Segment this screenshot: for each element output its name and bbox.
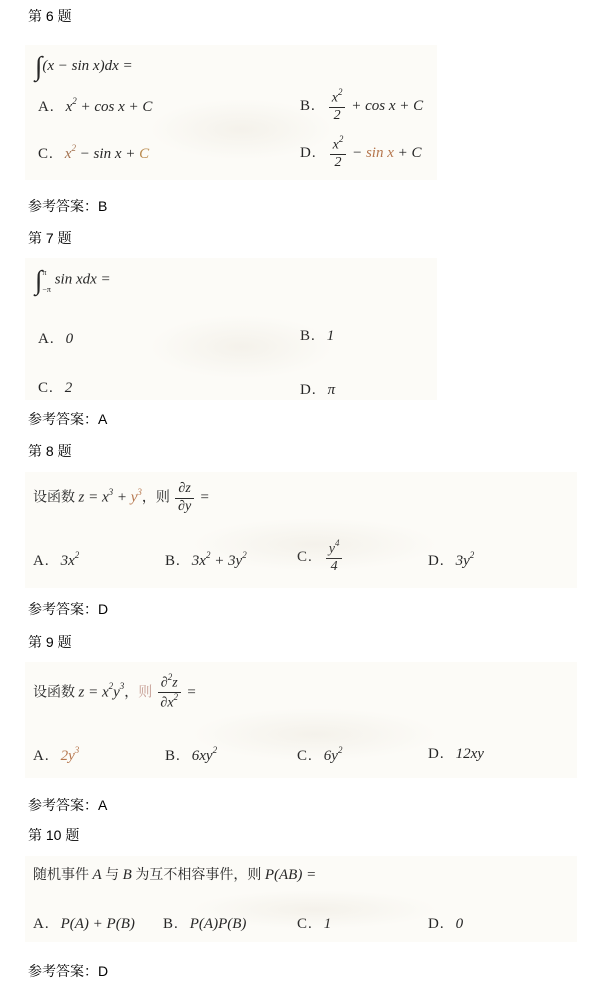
option-label: A.: [38, 331, 55, 347]
math-run: P(A)P(B): [190, 916, 247, 932]
option-label: C.: [38, 146, 54, 162]
math-run: + cos x + C: [347, 98, 423, 114]
option-label: D.: [300, 145, 317, 161]
fraction: x22: [330, 136, 347, 171]
question-9-option-d: D.12xy: [428, 746, 484, 763]
math-run: 3y: [456, 553, 470, 569]
option-math: 3x2 + 3y2: [192, 553, 247, 569]
option-math: x22 − sin x + C: [328, 145, 422, 161]
math-run: sin xdx =: [51, 271, 111, 287]
option-label: D.: [428, 746, 445, 762]
question-7-option-d: D.π: [300, 382, 335, 399]
math-run: − sin x +: [76, 146, 139, 162]
math-run: ∂z: [178, 481, 190, 496]
question-7-option-b: B.1: [300, 328, 334, 345]
superscript: 2: [72, 96, 77, 106]
question-8-option-d: D.3y2: [428, 551, 474, 570]
math-run: 设函数: [33, 685, 79, 700]
question-6-option-c: C.x2 − sin x + C: [38, 144, 149, 163]
option-math: 6xy2: [192, 748, 217, 764]
fraction: x22: [329, 89, 346, 124]
option-label: D.: [428, 916, 445, 932]
option-math: x22 + cos x + C: [327, 98, 423, 114]
question-9-option-b: B.6xy2: [165, 746, 217, 765]
superscript: 2: [174, 692, 179, 702]
option-label: A.: [33, 916, 50, 932]
integral: ∫π−π: [35, 266, 51, 294]
math-run: 随机事件: [33, 868, 93, 883]
question-9-title: 第 9 题: [28, 634, 72, 651]
option-math: P(A)P(B): [190, 916, 247, 932]
question-9-option-c: C.6y2: [297, 746, 342, 765]
answer-letter: B: [98, 198, 107, 214]
option-math: 12xy: [456, 746, 484, 762]
math-run: 6y: [324, 748, 338, 764]
answer-prefix: 参考答案：: [28, 411, 98, 427]
question-10-title: 第 10 题: [28, 827, 79, 844]
option-label: C.: [38, 380, 54, 396]
option-math: 1: [324, 916, 332, 932]
math-run: 则: [138, 685, 156, 700]
fraction: ∂z∂y: [175, 482, 193, 514]
math-run: 设函数: [33, 491, 79, 506]
math-run: + C: [394, 145, 422, 161]
math-run: 6xy: [192, 748, 213, 764]
math-run: 3x: [61, 553, 75, 569]
math-run: 12xy: [456, 746, 484, 762]
option-label: D.: [300, 382, 317, 398]
option-label: C.: [297, 748, 313, 764]
superscript: 3: [137, 487, 142, 497]
math-run: sin x: [366, 145, 394, 161]
math-run: y: [113, 684, 120, 700]
option-math: x2 − sin x + C: [65, 146, 149, 162]
exam-page: { "page": { "answer_prefix": "参考答案：", "b…: [0, 0, 598, 987]
math-run: (x − sin x)dx =: [42, 58, 132, 74]
math-run: 与: [102, 868, 123, 883]
question-8-option-a: A.3x2: [33, 551, 79, 570]
math-run: ∂: [161, 676, 168, 691]
question-8-title: 第 8 题: [28, 443, 72, 460]
math-run: + cos x + C: [77, 99, 153, 115]
question-7-option-a: A.0: [38, 331, 73, 348]
superscript: 2: [206, 550, 211, 560]
math-run: 2: [65, 380, 73, 396]
answer-letter: A: [98, 797, 107, 813]
superscript: 2: [71, 143, 76, 153]
math-run: 2y: [61, 748, 75, 764]
option-math: 1: [327, 328, 335, 344]
answer-prefix: 参考答案：: [28, 601, 98, 617]
math-run: 为互不相容事件，则: [132, 868, 265, 883]
superscript: 2: [339, 134, 344, 144]
option-label: C.: [297, 549, 313, 565]
question-10-option-d: D.0: [428, 916, 463, 933]
question-8-answer: 参考答案：D: [28, 601, 108, 618]
question-6-option-b: B.x22 + cos x + C: [300, 89, 423, 124]
superscript: 2: [242, 550, 247, 560]
math-run: =: [183, 684, 197, 700]
math-run: =: [196, 490, 210, 506]
math-run: −: [348, 145, 366, 161]
answer-letter: D: [98, 963, 108, 979]
math-run: B: [123, 867, 132, 883]
question-10-option-b: B.P(A)P(B): [163, 916, 246, 933]
integral-bounds: π−π: [42, 266, 51, 294]
math-run: ∂y: [178, 499, 191, 514]
option-math: 3y2: [456, 553, 475, 569]
math-run: P(AB) =: [265, 867, 316, 883]
question-10-stem: 随机事件 A 与 B 为互不相容事件，则 P(AB) =: [33, 864, 316, 884]
option-math: 2y3: [61, 748, 80, 764]
option-label: B.: [300, 328, 316, 344]
question-7-body: ∫π−π sin xdx = A.0 B.1 C.2 D.π: [25, 258, 437, 400]
math-run: +: [113, 490, 131, 506]
question-9-body: 设函数 z = x2y3，则 ∂2z∂x2 = A.2y3 B.6xy2 C.6…: [25, 662, 577, 778]
question-6-body: ∫(x − sin x)dx = A.x2 + cos x + C B.x22 …: [25, 45, 437, 180]
math-run: ，则: [142, 491, 174, 506]
question-8-option-b: B.3x2 + 3y2: [165, 551, 247, 570]
option-math: 6y2: [324, 748, 343, 764]
question-10-answer: 参考答案：D: [28, 963, 108, 980]
option-label: C.: [297, 916, 313, 932]
math-run: z: [172, 676, 177, 691]
question-6-option-a: A.x2 + cos x + C: [38, 97, 152, 116]
math-run: A: [93, 867, 102, 883]
question-7-title: 第 7 题: [28, 230, 72, 247]
math-run: 2: [334, 155, 341, 170]
question-7-stem: ∫π−π sin xdx =: [35, 266, 111, 294]
math-run: x: [333, 138, 339, 153]
question-7-answer: 参考答案：A: [28, 411, 107, 428]
math-run: 1: [327, 328, 335, 344]
math-run: z = x: [79, 684, 109, 700]
superscript: 2: [338, 745, 343, 755]
question-6-title: 第 6 题: [28, 8, 72, 25]
question-7-option-c: C.2: [38, 380, 72, 397]
superscript: 3: [75, 745, 80, 755]
question-9-stem: 设函数 z = x2y3，则 ∂2z∂x2 =: [33, 674, 197, 712]
option-label: B.: [300, 98, 316, 114]
math-run: 2: [334, 108, 341, 123]
question-6-option-d: D.x22 − sin x + C: [300, 136, 422, 171]
math-run: ，: [124, 685, 138, 700]
math-run: 0: [66, 331, 74, 347]
option-label: B.: [165, 553, 181, 569]
option-math: P(A) + P(B): [61, 916, 135, 932]
option-label: A.: [38, 99, 55, 115]
superscript: 2: [109, 681, 114, 691]
superscript: 2: [168, 672, 173, 682]
answer-letter: A: [98, 411, 107, 427]
option-label: B.: [165, 748, 181, 764]
math-run: 3x: [192, 553, 206, 569]
option-label: B.: [163, 916, 179, 932]
math-run: + 3y: [210, 553, 242, 569]
math-run: ∂x: [160, 696, 173, 711]
question-8-body: 设函数 z = x3 + y3，则 ∂z∂y = A.3x2 B.3x2 + 3…: [25, 472, 577, 588]
question-8-stem: 设函数 z = x3 + y3，则 ∂z∂y =: [33, 482, 210, 514]
question-10-body: 随机事件 A 与 B 为互不相容事件，则 P(AB) = A.P(A) + P(…: [25, 856, 577, 942]
math-run: 0: [456, 916, 464, 932]
superscript: 2: [338, 87, 343, 97]
answer-letter: D: [98, 601, 108, 617]
math-run: C: [139, 146, 149, 162]
fraction: ∂2z∂x2: [158, 674, 181, 712]
option-math: 0: [66, 331, 74, 347]
superscript: 2: [75, 550, 80, 560]
superscript: 3: [109, 487, 114, 497]
answer-prefix: 参考答案：: [28, 198, 98, 214]
integral-sign: ∫: [35, 267, 42, 294]
superscript: 2: [213, 745, 218, 755]
superscript: 4: [335, 538, 340, 548]
math-run: 4: [331, 559, 338, 574]
option-label: A.: [33, 553, 50, 569]
option-math: 2: [65, 380, 73, 396]
option-math: x2 + cos x + C: [66, 99, 153, 115]
math-run: P(A) + P(B): [61, 916, 135, 932]
math-run: π: [328, 382, 336, 398]
question-6-answer: 参考答案：B: [28, 198, 107, 215]
answer-prefix: 参考答案：: [28, 963, 98, 979]
option-math: π: [328, 382, 336, 398]
question-8-option-c: C.y44: [297, 540, 344, 575]
fraction: y44: [326, 540, 343, 575]
answer-prefix: 参考答案：: [28, 797, 98, 813]
question-9-answer: 参考答案：A: [28, 797, 107, 814]
question-9-option-a: A.2y3: [33, 746, 79, 765]
question-10-option-c: C.1: [297, 916, 331, 933]
question-10-option-a: A.P(A) + P(B): [33, 916, 135, 933]
superscript: 2: [470, 550, 475, 560]
superscript: 3: [120, 681, 125, 691]
option-label: D.: [428, 553, 445, 569]
option-math: 0: [456, 916, 464, 932]
option-label: A.: [33, 748, 50, 764]
math-run: z = x: [79, 490, 109, 506]
math-run: 1: [324, 916, 332, 932]
question-6-stem: ∫(x − sin x)dx =: [35, 53, 133, 80]
option-math: y44: [324, 549, 345, 565]
option-math: 3x2: [61, 553, 80, 569]
